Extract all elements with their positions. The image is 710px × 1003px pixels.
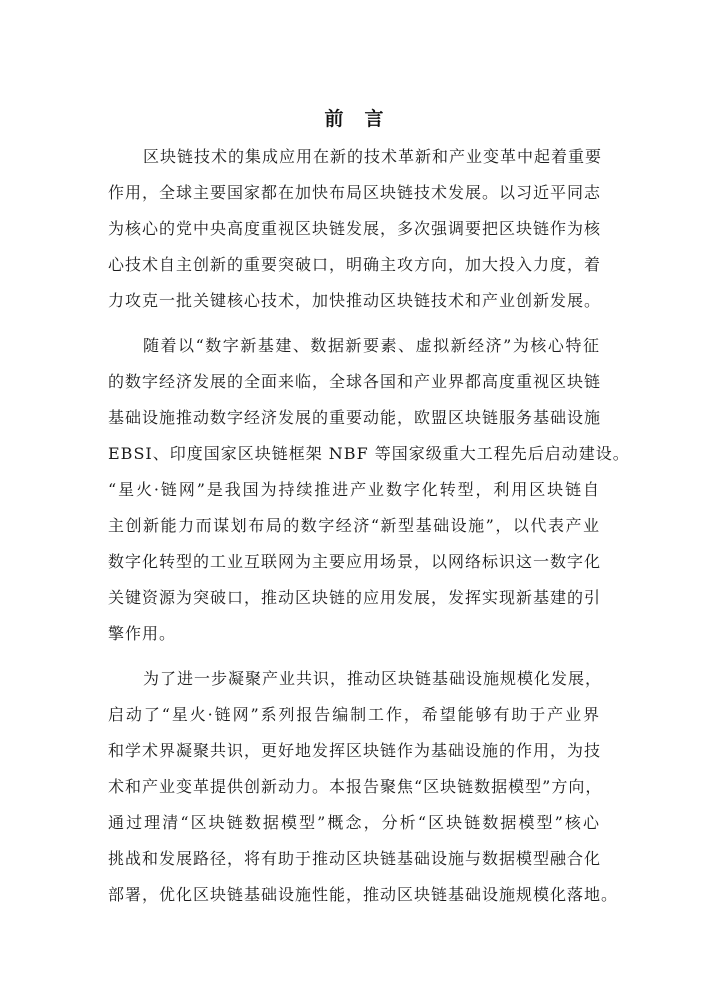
text-line: 启动了“星火·链网”系列报告编制工作，希望能够有助于产业界: [108, 697, 600, 733]
page-title: 前言: [108, 105, 600, 133]
text-line: 挑战和发展路径，将有助于推动区块链基础设施与数据模型融合化: [108, 841, 600, 877]
text-line: 为了进一步凝聚产业共识，推动区块链基础设施规模化发展，: [108, 661, 600, 697]
document-body: 区块链技术的集成应用在新的技术革新和产业变革中起着重要 作用，全球主要国家都在加…: [108, 139, 600, 922]
text-line: 数字化转型的工业互联网为主要应用场景，以网络标识这一数字化: [108, 544, 600, 580]
paragraph-3: 为了进一步凝聚产业共识，推动区块链基础设施规模化发展， 启动了“星火·链网”系列…: [108, 661, 600, 913]
text-line: 心技术自主创新的重要突破口，明确主攻方向，加大投入力度，着: [108, 247, 600, 283]
text-line: 区块链技术的集成应用在新的技术革新和产业变革中起着重要: [108, 139, 600, 175]
text-line: 随着以“数字新基建、数据新要素、虚拟新经济”为核心特征: [108, 328, 600, 364]
text-line: 和学术界凝聚共识，更好地发挥区块链作为基础设施的作用，为技: [108, 733, 600, 769]
text-line: 为核心的党中央高度重视区块链发展，多次强调要把区块链作为核: [108, 211, 600, 247]
text-line: “星火·链网”是我国为持续推进产业数字化转型，利用区块链自: [108, 472, 600, 508]
text-line: 关键资源为突破口，推动区块链的应用发展，发挥实现新基建的引: [108, 580, 600, 616]
text-line: 力攻克一批关键核心技术，加快推动区块链技术和产业创新发展。: [108, 283, 600, 319]
text-line: 部署，优化区块链基础设施性能，推动区块链基础设施规模化落地。: [108, 877, 600, 913]
text-line: 作用，全球主要国家都在加快布局区块链技术发展。以习近平同志: [108, 175, 600, 211]
text-line: EBSI、印度国家区块链框架 NBF 等国家级重大工程先后启动建设。: [108, 436, 600, 472]
text-line: 擎作用。: [108, 616, 600, 652]
text-line: 基础设施推动数字经济发展的重要动能，欧盟区块链服务基础设施: [108, 400, 600, 436]
paragraph-1: 区块链技术的集成应用在新的技术革新和产业变革中起着重要 作用，全球主要国家都在加…: [108, 139, 600, 319]
text-line: 主创新能力而谋划布局的数字经济“新型基础设施”，以代表产业: [108, 508, 600, 544]
text-line: 的数字经济发展的全面来临，全球各国和产业界都高度重视区块链: [108, 364, 600, 400]
paragraph-2: 随着以“数字新基建、数据新要素、虚拟新经济”为核心特征 的数字经济发展的全面来临…: [108, 328, 600, 652]
text-line: 术和产业变革提供创新动力。本报告聚焦“区块链数据模型”方向，: [108, 769, 600, 805]
text-line: 通过理清“区块链数据模型”概念，分析“区块链数据模型”核心: [108, 805, 600, 841]
